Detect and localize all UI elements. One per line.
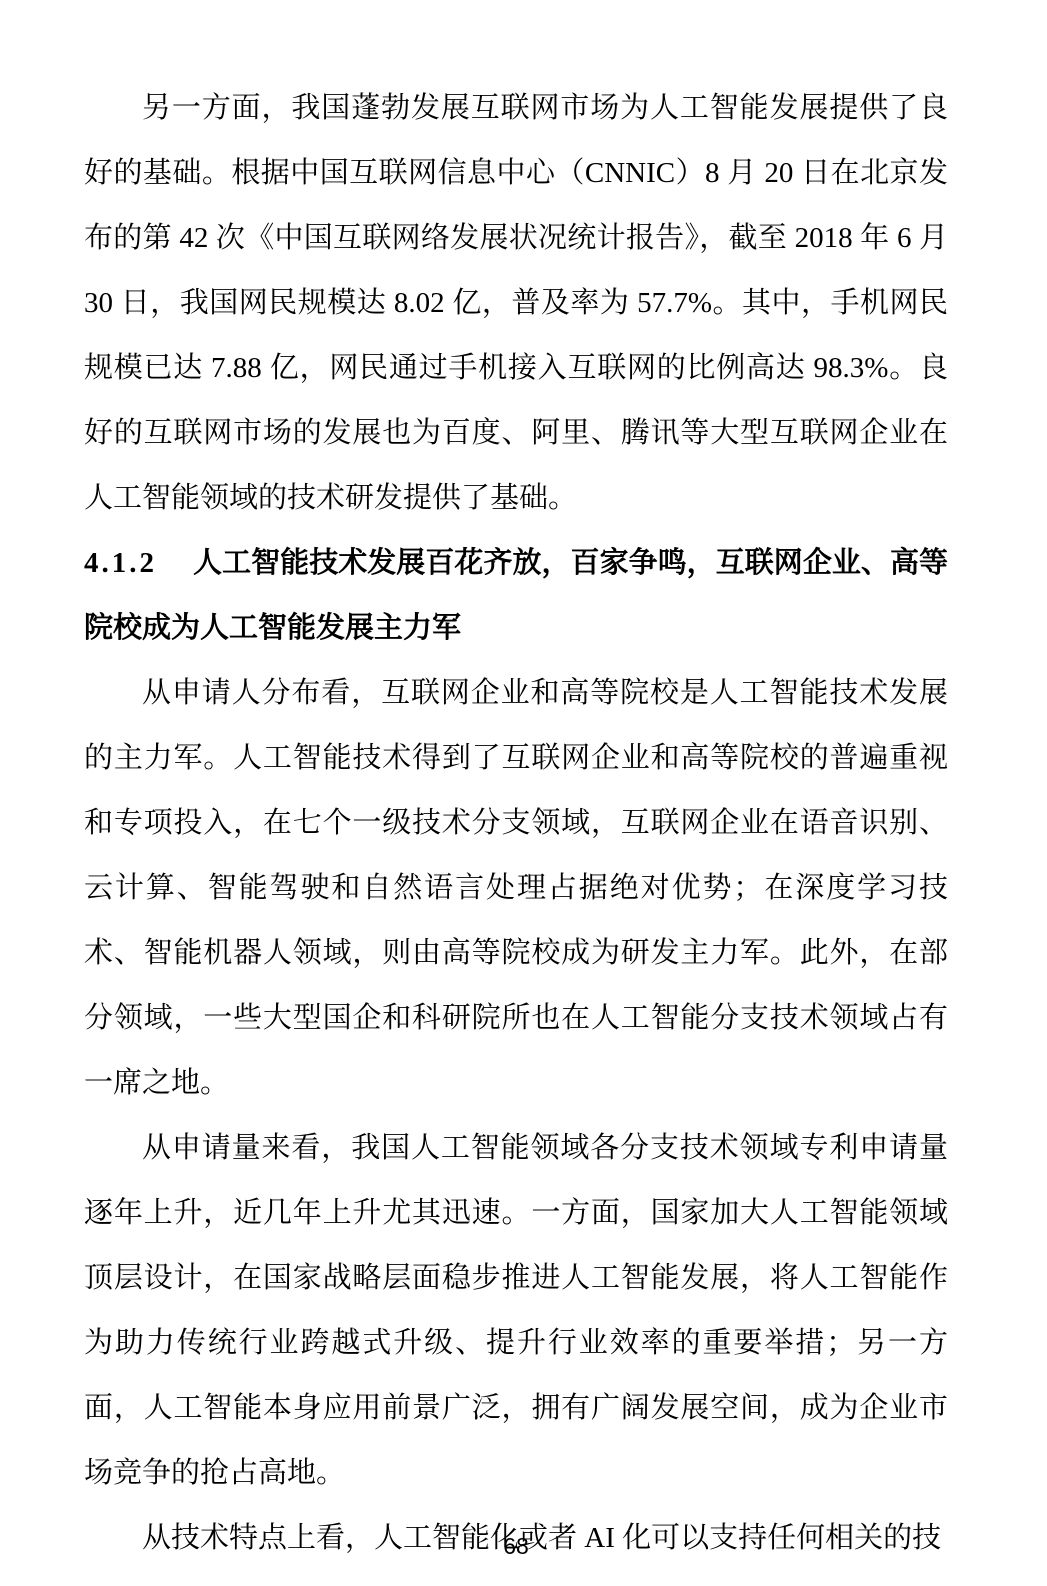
section-number: 4.1.2 xyxy=(84,531,157,596)
section-heading-4-1-2: 4.1.2人工智能技术发展百花齐放，百家争鸣，互联网企业、高等院校成为人工智能发… xyxy=(84,531,948,661)
section-title: 人工智能技术发展百花齐放，百家争鸣，互联网企业、高等院校成为人工智能发展主力军 xyxy=(84,547,948,644)
page-footer: 68 xyxy=(84,1533,948,1560)
document-page: 另一方面，我国蓬勃发展互联网市场为人工智能发展提供了良好的基础。根据中国互联网信… xyxy=(0,0,1047,1586)
paragraph-filing-volume: 从申请量来看，我国人工智能领域各分支技术领域专利申请量逐年上升，近几年上升尤其迅… xyxy=(84,1116,948,1506)
page-number: 68 xyxy=(503,1533,529,1559)
paragraph-applicants: 从申请人分布看，互联网企业和高等院校是人工智能技术发展的主力军。人工智能技术得到… xyxy=(84,661,948,1116)
paragraph-internet-market: 另一方面，我国蓬勃发展互联网市场为人工智能发展提供了良好的基础。根据中国互联网信… xyxy=(84,76,948,531)
